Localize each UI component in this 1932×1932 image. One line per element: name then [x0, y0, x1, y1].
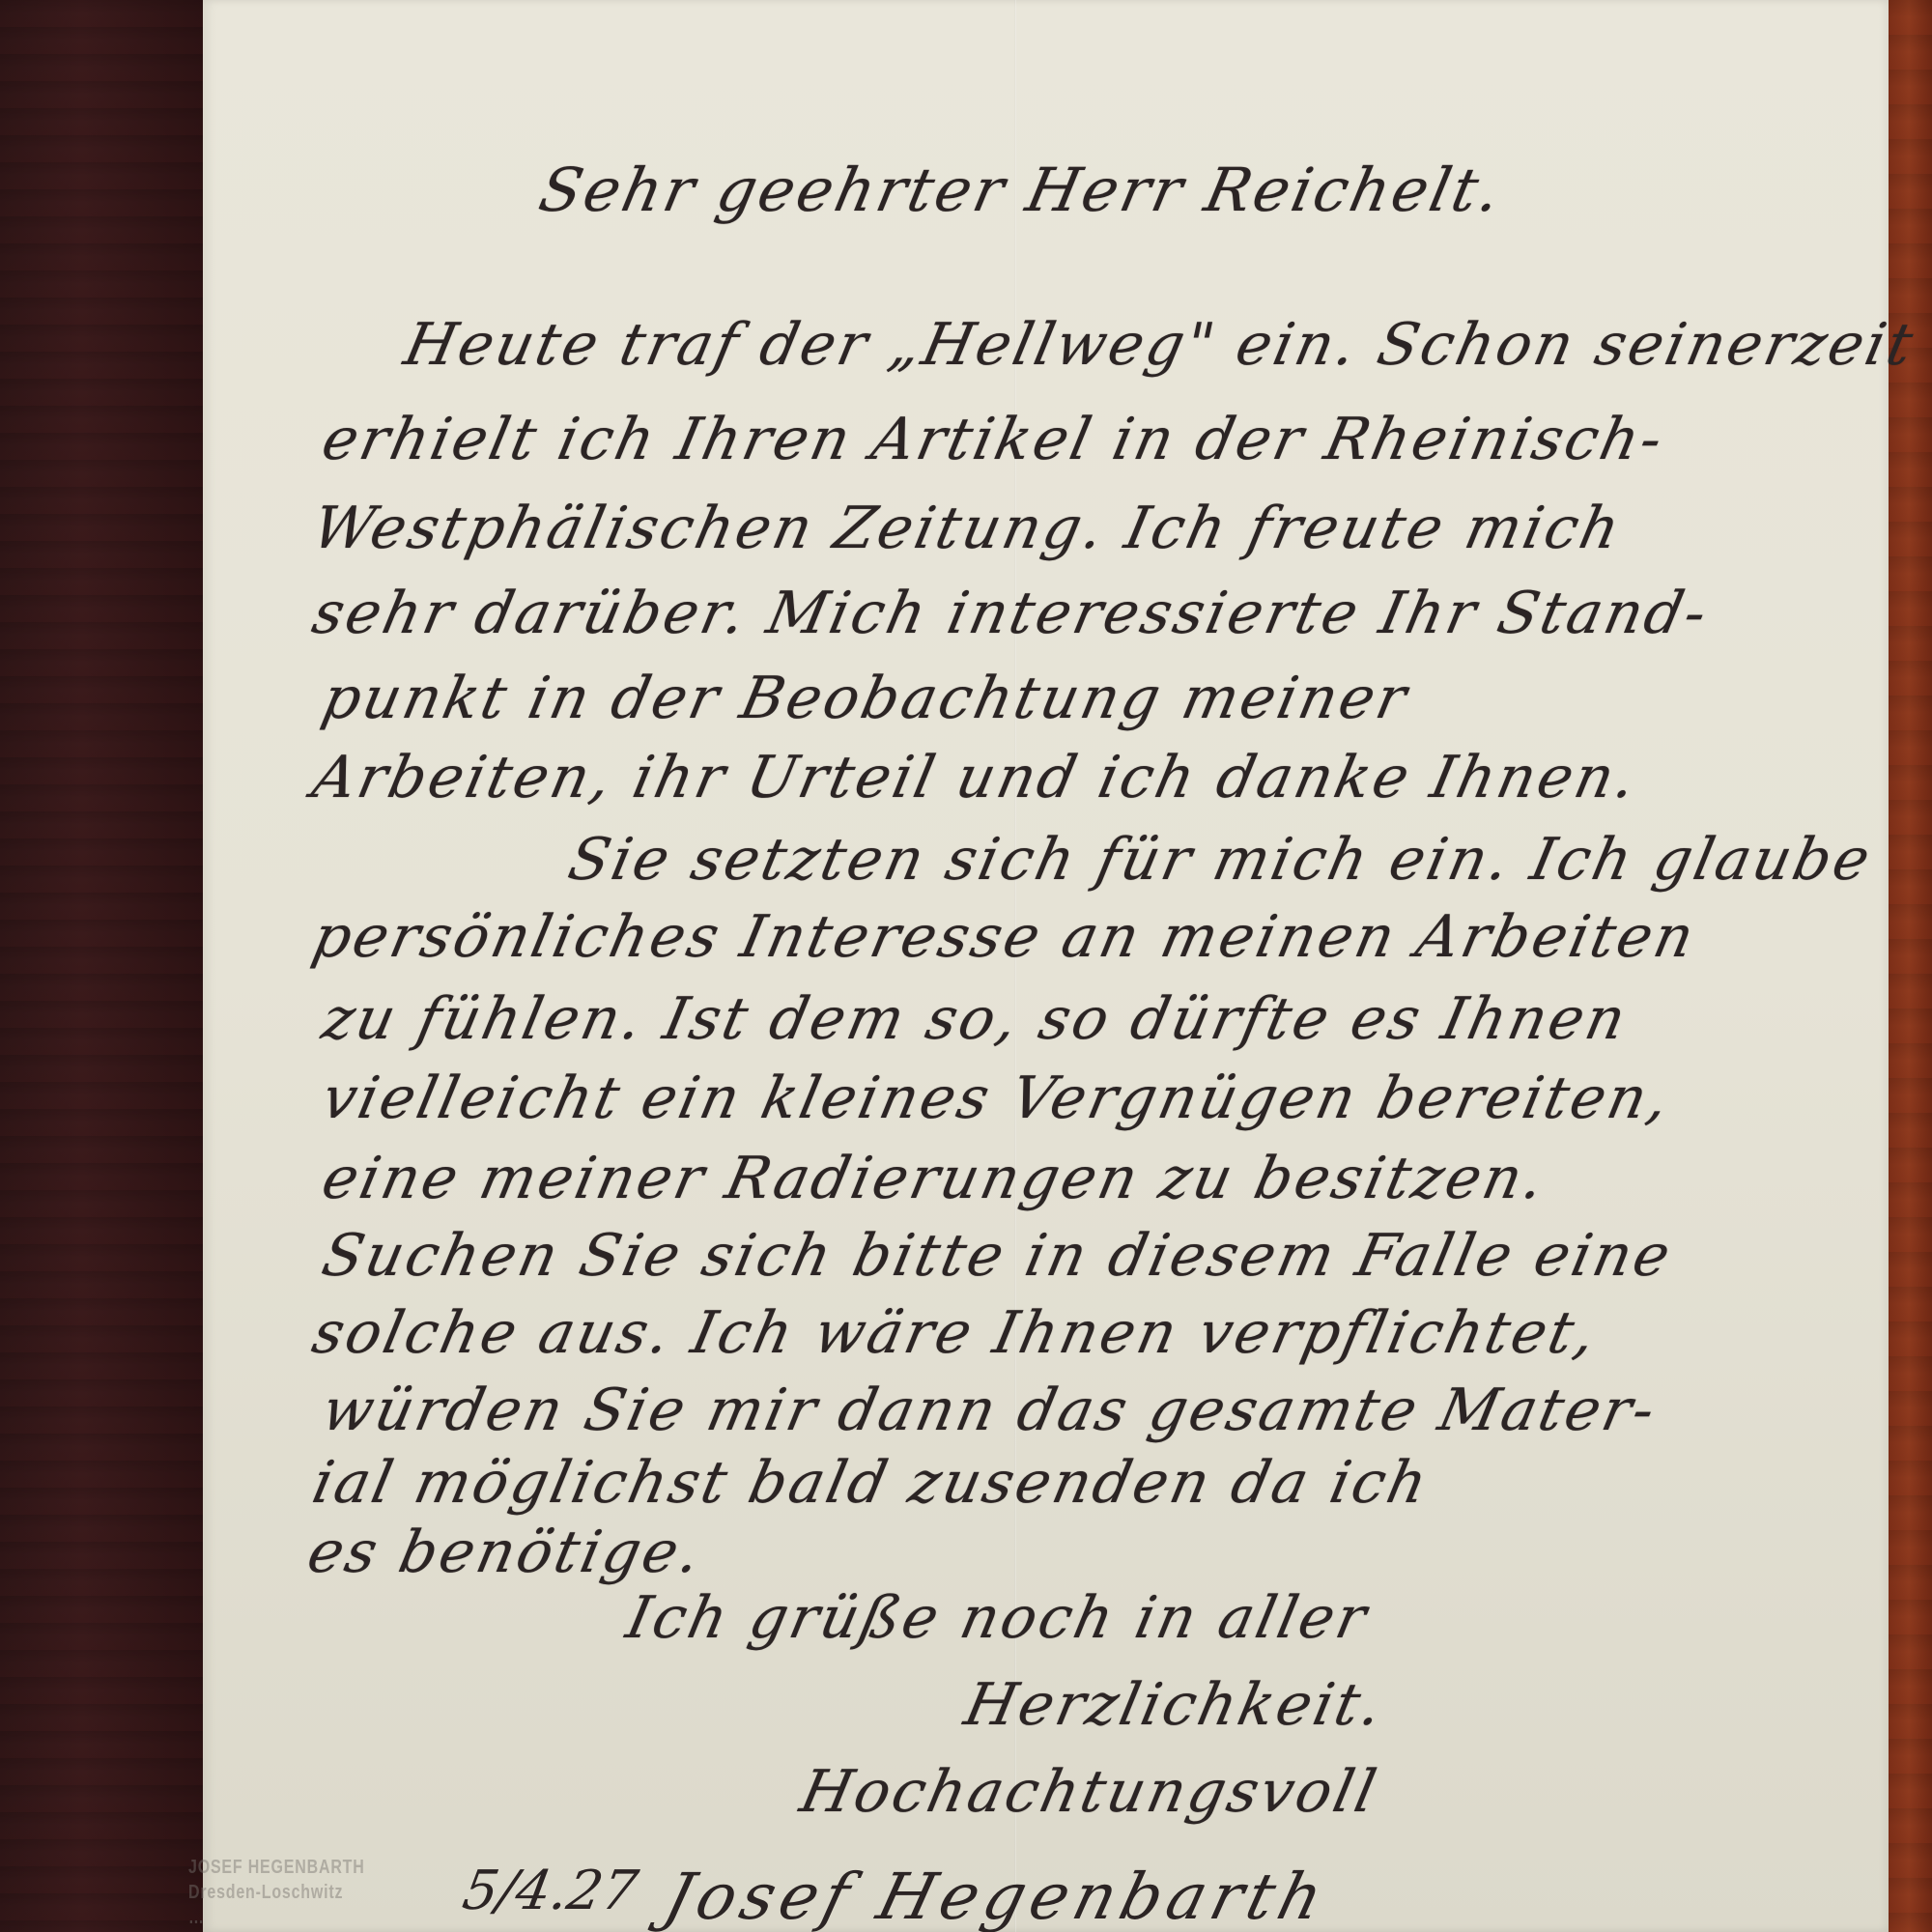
- wooden-table-right: [1886, 0, 1932, 1932]
- closing-line: Ich grüße noch in aller: [621, 1584, 1376, 1652]
- body-line: Westphälischen Zeitung. Ich freute mich: [307, 495, 1629, 562]
- body-line: würden Sie mir dann das gesamte Mater-: [317, 1377, 1663, 1444]
- closing-line: Hochachtungsvoll: [795, 1758, 1385, 1826]
- body-line: Suchen Sie sich bitte in diesem Falle ei…: [317, 1222, 1679, 1290]
- letterhead-stamp: JOSEF HEGENBARTH Dresden-Loschwitz …: [188, 1855, 365, 1930]
- body-line: solche aus. Ich wäre Ihnen verpflichtet,: [307, 1299, 1605, 1367]
- body-line: Heute traf der „Hellweg" ein. Schon sein…: [399, 311, 1921, 379]
- body-line: persönliches Interesse an meinen Arbeite…: [307, 903, 1703, 971]
- closing-line: Herzlichkeit.: [959, 1671, 1391, 1739]
- letterhead-name: JOSEF HEGENBARTH: [188, 1855, 365, 1880]
- body-line: vielleicht ein kleines Vergnügen bereite…: [317, 1065, 1678, 1132]
- body-line: Sie setzten sich für mich ein. Ich glaub…: [563, 826, 1879, 894]
- wooden-table-left: [0, 0, 205, 1932]
- body-line: eine meiner Radierungen zu besitzen.: [317, 1145, 1553, 1212]
- body-line: ial möglichst bald zusenden da ich: [307, 1449, 1436, 1517]
- letterhead-city: Dresden-Loschwitz: [188, 1880, 365, 1905]
- letterhead-address: …: [188, 1905, 365, 1930]
- body-line: sehr darüber. Mich interessierte Ihr Sta…: [307, 580, 1716, 647]
- body-line: punkt in der Beobachtung meiner: [317, 665, 1415, 732]
- letter-date: 5/4.27: [458, 1860, 642, 1922]
- body-line: Arbeiten, ihr Urteil und ich danke Ihnen…: [307, 744, 1645, 811]
- body-line: es benötige.: [302, 1519, 709, 1586]
- body-line: zu fühlen. Ist dem so, so dürfte es Ihne…: [317, 985, 1634, 1053]
- signature: Josef Hegenbarth: [657, 1860, 1335, 1932]
- salutation: Sehr geehrter Herr Reichelt.: [533, 155, 1509, 225]
- body-line: erhielt ich Ihren Artikel in der Rheinis…: [317, 406, 1671, 473]
